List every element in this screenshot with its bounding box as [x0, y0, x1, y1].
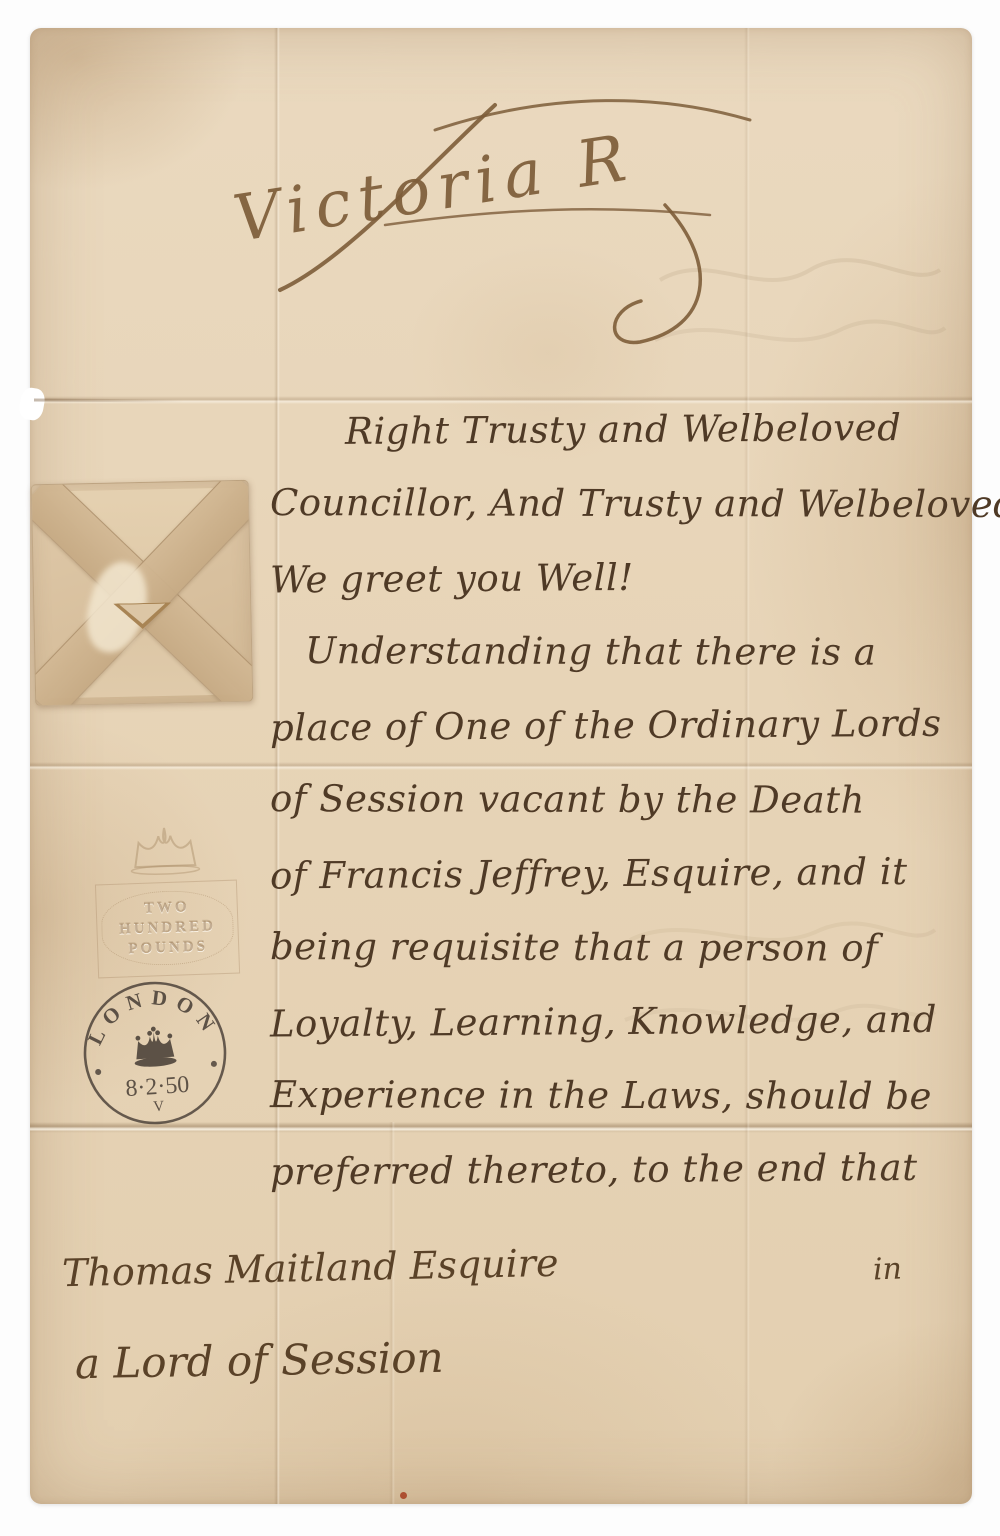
paper-seal-envelope [31, 480, 254, 707]
letter-line: of Session vacant by the Death [270, 762, 970, 838]
document-photo: Victoria R Right Trusty and Welbeloved C… [0, 0, 1000, 1536]
letter-line: Understanding that there is a [270, 614, 970, 690]
embossed-stamp-oval: TWO HUNDRED POUNDS [100, 889, 235, 968]
letter-line: We greet you Well! [270, 539, 970, 618]
postmark-place: LONDON [79, 980, 225, 1050]
postmark-date: 8·2·50 [125, 1072, 191, 1102]
postmark-dot [211, 1061, 217, 1067]
svg-text:LONDON: LONDON [79, 980, 225, 1050]
red-wax-speck [400, 1492, 407, 1499]
embossed-stamp-frame: TWO HUNDRED POUNDS [95, 880, 240, 979]
letter-line: of Francis Jeffrey, Esquire, and it [270, 835, 970, 914]
postmark-stamp: LONDON 8·2·50 V [75, 973, 235, 1133]
letter-line: place of One of the Ordinary Lords [270, 687, 970, 766]
paper-seal-base [31, 480, 254, 707]
postmark-dot [95, 1069, 101, 1075]
crown-icon [116, 818, 214, 877]
letter-line: being requisite that a person of [270, 910, 970, 986]
letter-line: Loyalty, Learning, Knowledge, and [270, 983, 970, 1062]
crown-icon [132, 1025, 177, 1068]
letter-line: preferred thereto, to the end that [270, 1131, 970, 1210]
letter-body: Right Trusty and Welbeloved Councillor, … [270, 393, 970, 1207]
annotation-appointment: a Lord of Session [75, 1333, 444, 1388]
letter-line: Councillor, And Trusty and Welbeloved, [270, 466, 970, 542]
annotation-margin-word: in [872, 1252, 902, 1288]
letter-line: Right Trusty and Welbeloved [270, 391, 970, 470]
postmark-index-letter: V [153, 1098, 165, 1115]
letter-line: Experience in the Laws, should be [270, 1058, 970, 1134]
